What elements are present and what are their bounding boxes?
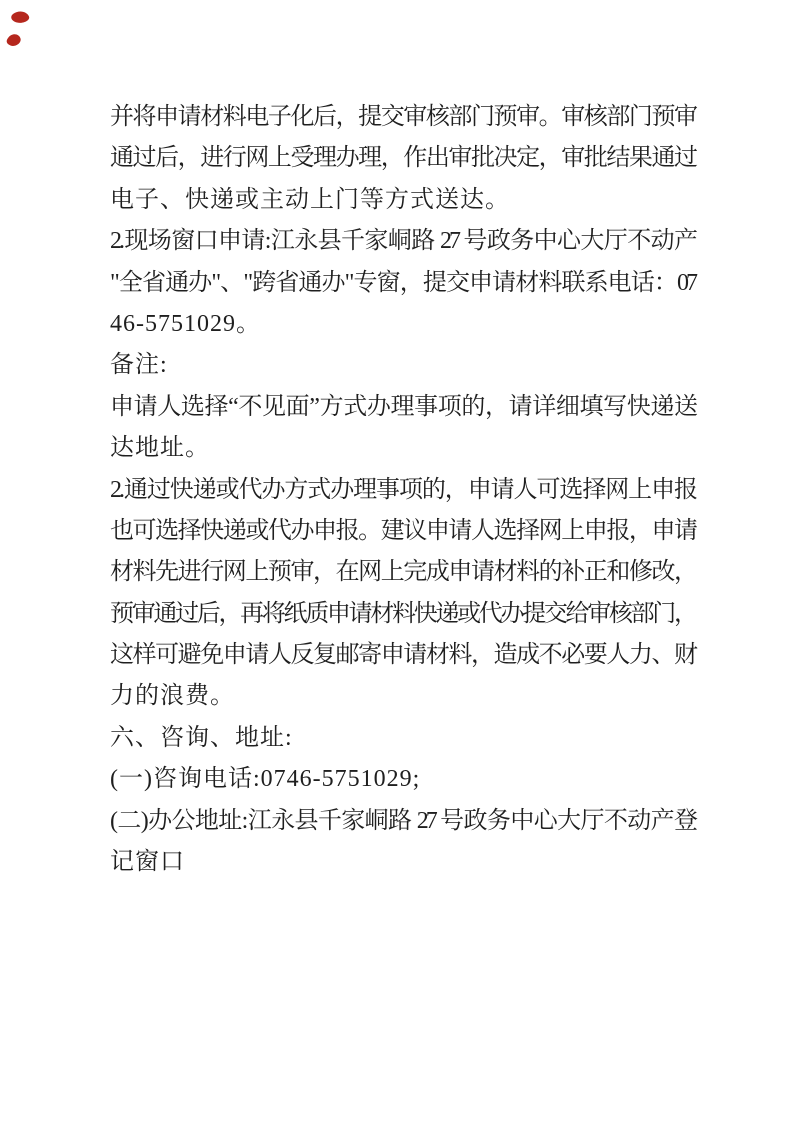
document-line: 力的浪费。	[110, 676, 695, 717]
document-line: 电子、快递或主动上门等方式送达。	[110, 180, 695, 221]
red-ink-marks-icon	[4, 8, 38, 54]
document-line: 2.通过快递或代办方式办理事项的，申请人可选择网上申报	[110, 470, 695, 511]
document-line: 记窗口	[110, 842, 695, 883]
document-line: 46-5751029。	[110, 304, 695, 345]
document-line: 2.现场窗口申请:江永县千家峒路 27 号政务中心大厅不动产	[110, 221, 695, 262]
document-line: 预审通过后，再将纸质申请材料快递或代办提交给审核部门，	[110, 594, 695, 635]
document-line: "全省通办"、"跨省通办"专窗，提交申请材料联系电话：07	[110, 263, 695, 304]
document-line: (二)办公地址:江永县千家峒路 27 号政务中心大厅不动产登	[110, 801, 695, 842]
document-line: 材料先进行网上预审，在网上完成申请材料的补正和修改，	[110, 552, 695, 593]
document-line: 这样可避免申请人反复邮寄申请材料，造成不必要人力、财	[110, 635, 695, 676]
document-line: (一)咨询电话:0746-5751029;	[110, 759, 695, 800]
document-line: 通过后，进行网上受理办理，作出审批决定，审批结果通过	[110, 138, 695, 179]
document-text-block: 并将申请材料电子化后，提交审核部门预审。审核部门预审通过后，进行网上受理办理，作…	[110, 97, 695, 883]
document-page: 并将申请材料电子化后，提交审核部门预审。审核部门预审通过后，进行网上受理办理，作…	[0, 0, 793, 1122]
document-line: 也可选择快递或代办申报。建议申请人选择网上申报，申请	[110, 511, 695, 552]
document-line: 并将申请材料电子化后，提交审核部门预审。审核部门预审	[110, 97, 695, 138]
document-line: 申请人选择“不见面”方式办理事项的，请详细填写快递送	[110, 387, 695, 428]
document-line: 达地址。	[110, 428, 695, 469]
document-line: 六、咨询、地址:	[110, 718, 695, 759]
document-line: 备注:	[110, 345, 695, 386]
